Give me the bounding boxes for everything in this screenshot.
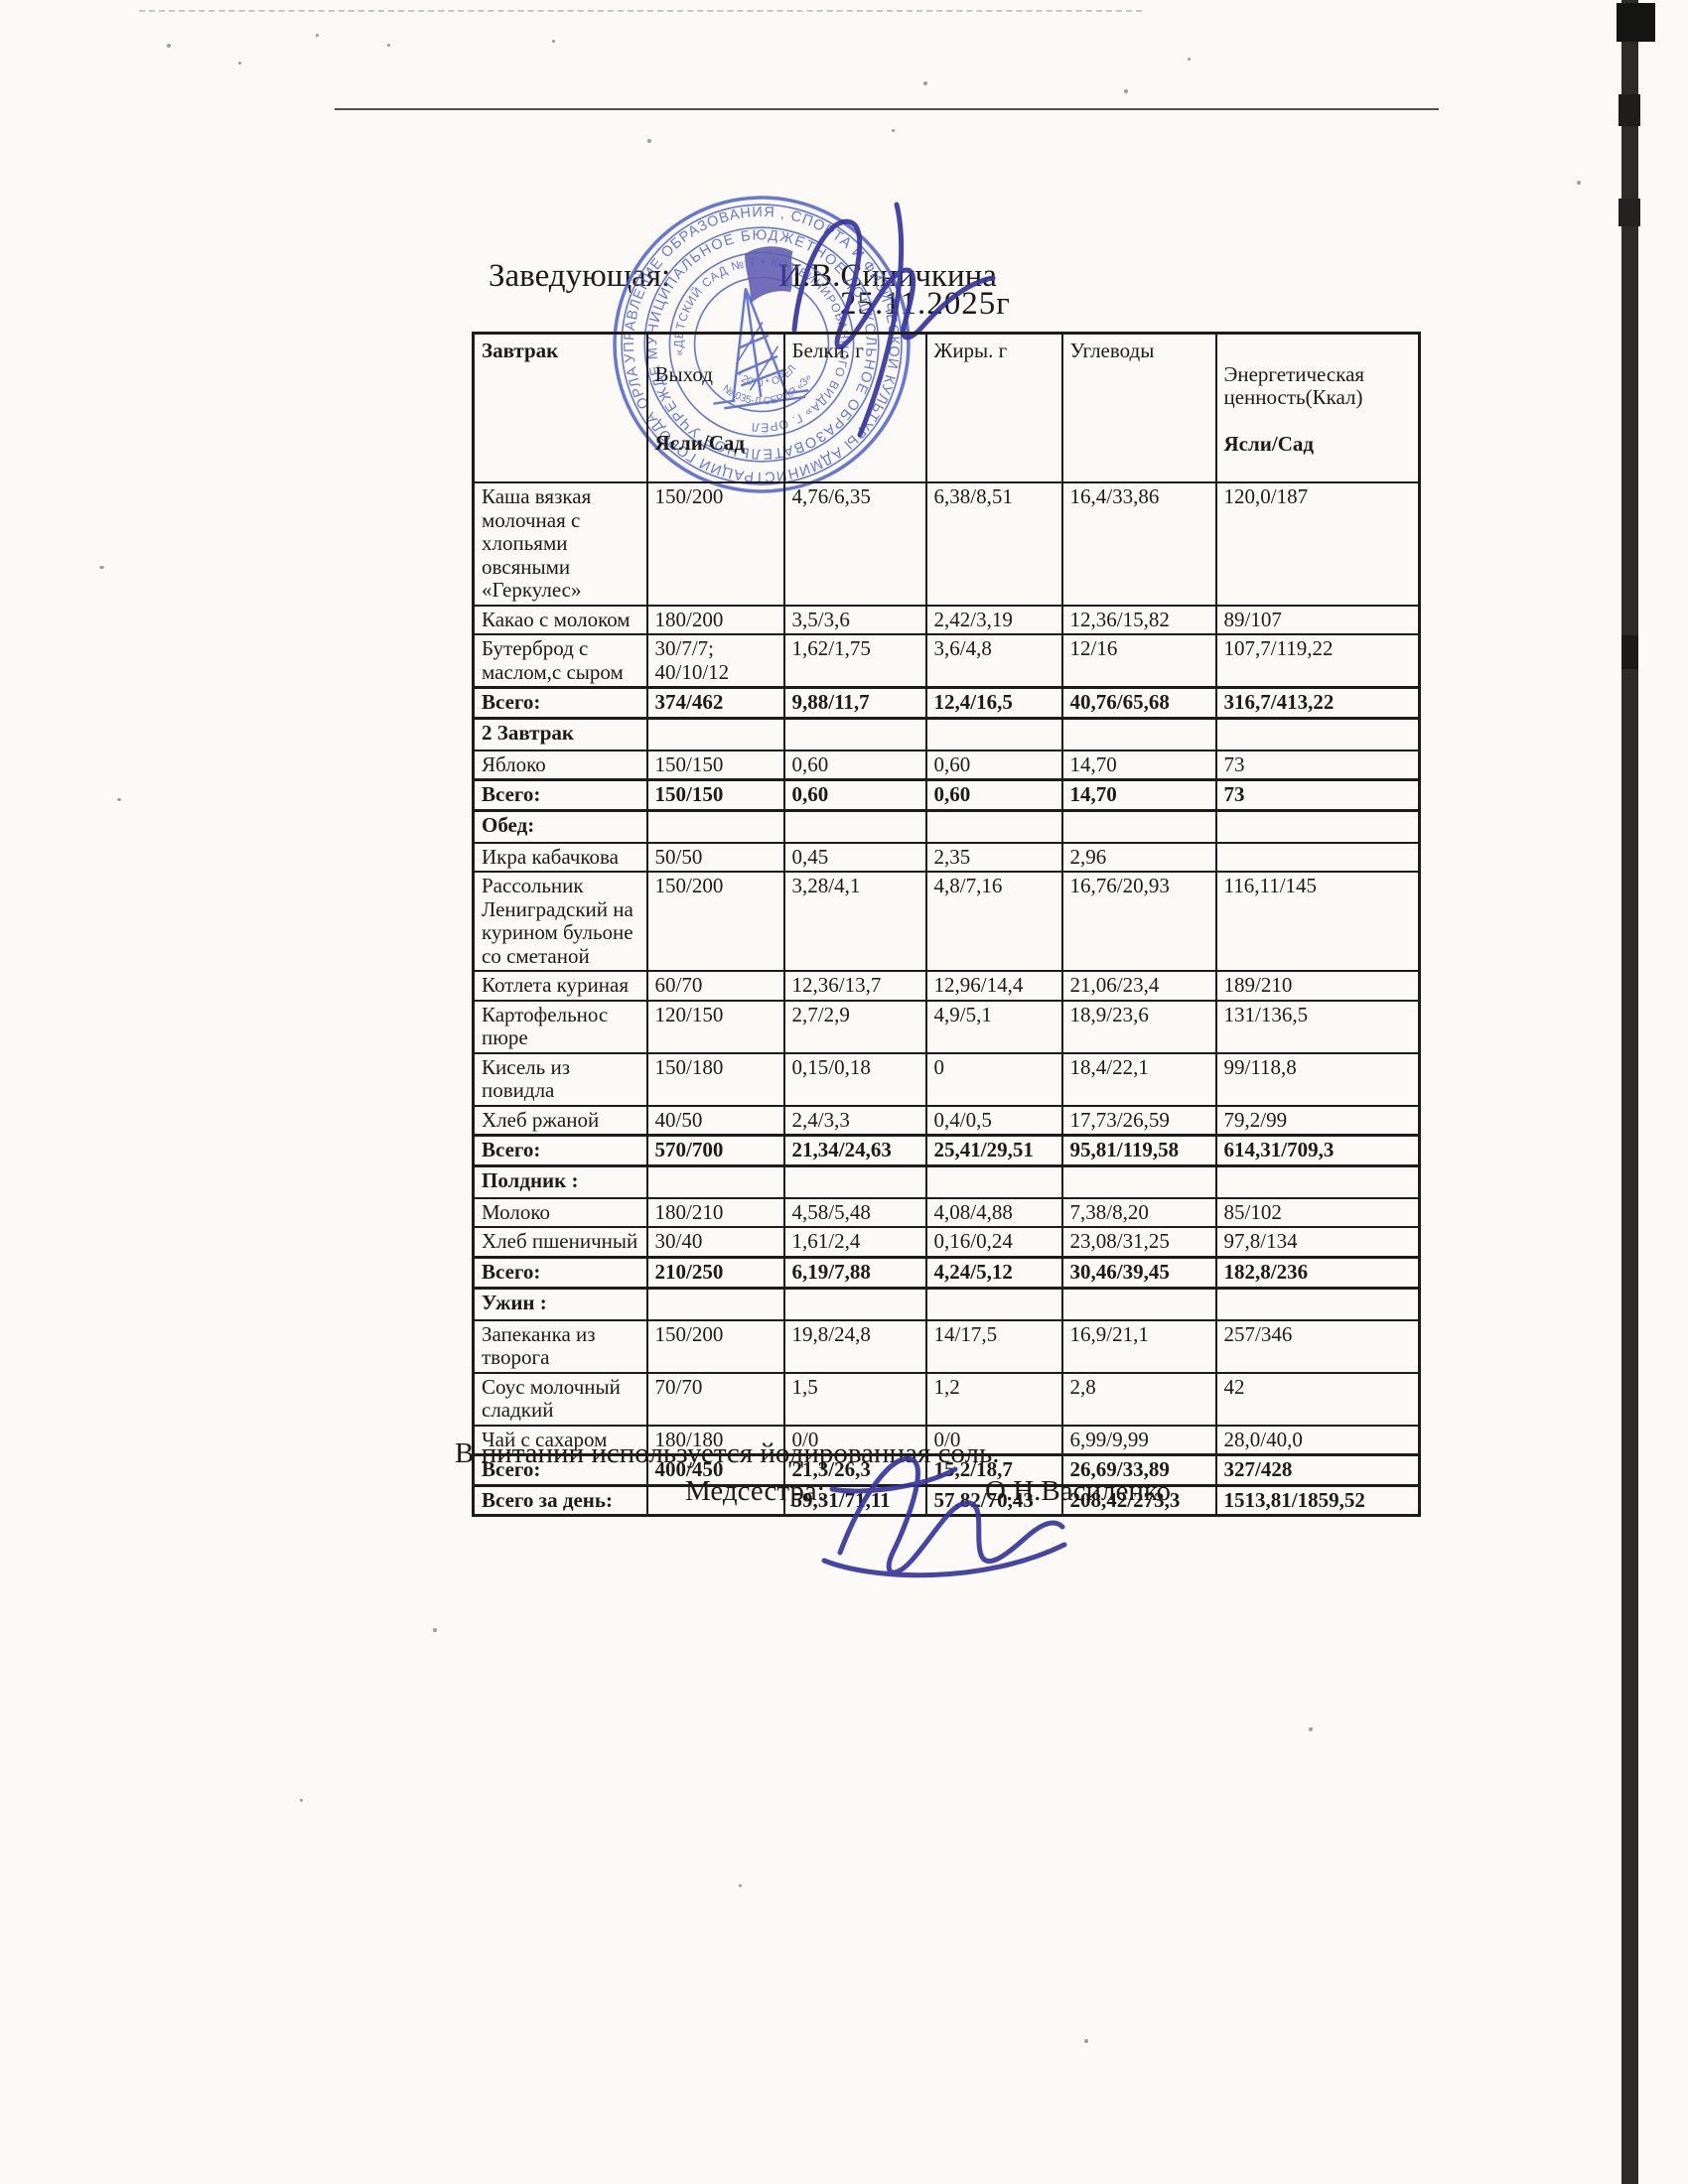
cell-fat: 4,24/5,12	[926, 1257, 1062, 1288]
cell-fat: 0,60	[926, 751, 1062, 780]
nurse-signature	[794, 1434, 1092, 1603]
cell-output: 30/7/7; 40/10/12	[647, 634, 784, 688]
cell-energy: 116,11/145	[1216, 872, 1420, 971]
menu-item-row: Соус молочный сладкий70/701,51,22,842	[474, 1373, 1420, 1426]
menu-item-row: Какао с молоком180/2003,5/3,62,42/3,1912…	[474, 606, 1420, 635]
total-row: Всего:570/70021,34/24,6325,41/29,5195,81…	[474, 1136, 1420, 1166]
cell-name: Обед:	[474, 810, 647, 843]
cell-output	[647, 1288, 784, 1320]
cell-fat: 0,60	[926, 780, 1062, 811]
cell-fat: 1,2	[926, 1373, 1062, 1426]
col-header-energy: Энергетическая ценность(Ккал) Ясли/Сад	[1216, 334, 1420, 483]
cell-protein: 0,60	[784, 780, 926, 811]
cell-protein: 1,5	[784, 1373, 926, 1426]
scanner-edge-mark	[1618, 94, 1640, 126]
cell-output: 150/150	[647, 780, 784, 811]
cell-name: Ужин :	[474, 1288, 647, 1320]
cell-protein	[784, 718, 926, 751]
menu-item-row: Рассольник Лениградский на курином бульо…	[474, 872, 1420, 971]
cell-fat	[926, 810, 1062, 843]
cell-carbs: 16,76/20,93	[1062, 872, 1216, 971]
cell-name: Икра кабачкова	[474, 843, 647, 873]
cell-fat: 25,41/29,51	[926, 1136, 1062, 1166]
cell-protein: 0,60	[784, 751, 926, 780]
cell-carbs: 18,4/22,1	[1062, 1053, 1216, 1106]
cell-name: Котлета куриная	[474, 971, 647, 1001]
cell-protein: 4,58/5,48	[784, 1198, 926, 1228]
cell-output: 50/50	[647, 843, 784, 873]
cell-name: Кисель из повидла	[474, 1053, 647, 1106]
cell-name: Всего:	[474, 1257, 647, 1288]
cell-energy: 107,7/119,22	[1216, 634, 1420, 688]
section-row: Обед:	[474, 810, 1420, 843]
cell-energy: 1513,81/1859,52	[1216, 1485, 1420, 1516]
cell-output	[647, 1165, 784, 1198]
cell-energy: 189/210	[1216, 971, 1420, 1001]
scanner-edge-mark	[1617, 3, 1655, 42]
cell-protein: 1,62/1,75	[784, 634, 926, 688]
scanner-edge-strip	[1621, 0, 1638, 2184]
cell-protein: 3,5/3,6	[784, 606, 926, 635]
cell-carbs: 12,36/15,82	[1062, 606, 1216, 635]
menu-item-row: Яблоко150/1500,600,6014,7073	[474, 751, 1420, 780]
cell-energy: 182,8/236	[1216, 1257, 1420, 1288]
cell-energy	[1216, 1165, 1420, 1198]
cell-output: 374/462	[647, 688, 784, 719]
cell-carbs: 40,76/65,68	[1062, 688, 1216, 719]
cell-carbs: 14,70	[1062, 780, 1216, 811]
cell-energy	[1216, 810, 1420, 843]
cell-name: Какао с молоком	[474, 606, 647, 635]
cell-fat: 14/17,5	[926, 1320, 1062, 1373]
cell-output: 60/70	[647, 971, 784, 1001]
menu-item-row: Бутерброд с маслом,с сыром30/7/7; 40/10/…	[474, 634, 1420, 688]
cell-fat: 0,4/0,5	[926, 1106, 1062, 1136]
cell-fat: 2,35	[926, 843, 1062, 873]
cell-protein: 21,34/24,63	[784, 1136, 926, 1166]
menu-item-row: Запеканка из творога150/20019,8/24,814/1…	[474, 1320, 1420, 1373]
cell-protein: 12,36/13,7	[784, 971, 926, 1001]
cell-energy: 85/102	[1216, 1198, 1420, 1228]
cell-output: 150/200	[647, 482, 784, 606]
menu-table-body: Каша вязкая молочная с хлопьями овсяными…	[474, 482, 1420, 1516]
cell-output: 150/200	[647, 872, 784, 971]
cell-output: 150/180	[647, 1053, 784, 1106]
cell-carbs: 7,38/8,20	[1062, 1198, 1216, 1228]
cell-energy: 99/118,8	[1216, 1053, 1420, 1106]
col-header-output: Выход Ясли/Сад	[647, 334, 784, 483]
cell-carbs	[1062, 1165, 1216, 1198]
col-header-fat: Жиры. г	[926, 334, 1062, 483]
cell-name: Яблоко	[474, 751, 647, 780]
cell-fat: 0,16/0,24	[926, 1227, 1062, 1257]
cell-carbs: 30,46/39,45	[1062, 1257, 1216, 1288]
cell-output: 70/70	[647, 1373, 784, 1426]
cell-protein: 1,61/2,4	[784, 1227, 926, 1257]
menu-item-row: Кисель из повидла150/1800,15/0,18018,4/2…	[474, 1053, 1420, 1106]
cell-name: Хлеб ржаной	[474, 1106, 647, 1136]
menu-item-row: Каша вязкая молочная с хлопьями овсяными…	[474, 482, 1420, 606]
cell-protein	[784, 1165, 926, 1198]
cell-energy: 327/428	[1216, 1455, 1420, 1486]
cell-protein: 2,4/3,3	[784, 1106, 926, 1136]
cell-carbs: 17,73/26,59	[1062, 1106, 1216, 1136]
cell-energy	[1216, 843, 1420, 873]
cell-fat: 4,08/4,88	[926, 1198, 1062, 1228]
cell-carbs: 16,4/33,86	[1062, 482, 1216, 606]
scanned-document-page: { "document": { "approver_role": "Заведу…	[0, 0, 1688, 2184]
cell-carbs	[1062, 810, 1216, 843]
cell-output: 570/700	[647, 1136, 784, 1166]
cell-protein: 4,76/6,35	[784, 482, 926, 606]
paper-top-edge-line	[335, 108, 1439, 110]
cell-name: Рассольник Лениградский на курином бульо…	[474, 872, 647, 971]
cell-output	[647, 810, 784, 843]
menu-item-row: Молоко180/2104,58/5,484,08/4,887,38/8,20…	[474, 1198, 1420, 1228]
scan-top-dashed-line	[139, 10, 1142, 12]
col-header-protein: Белки. г	[784, 334, 926, 483]
cell-output: 180/200	[647, 606, 784, 635]
cell-carbs: 2,96	[1062, 843, 1216, 873]
cell-energy	[1216, 718, 1420, 751]
scanner-edge-mark	[1621, 635, 1638, 669]
cell-protein	[784, 1288, 926, 1320]
cell-carbs	[1062, 718, 1216, 751]
cell-protein: 19,8/24,8	[784, 1320, 926, 1373]
cell-carbs: 2,8	[1062, 1373, 1216, 1426]
cell-fat: 4,9/5,1	[926, 1001, 1062, 1053]
total-row: Всего:374/4629,88/11,712,4/16,540,76/65,…	[474, 688, 1420, 719]
cell-carbs	[1062, 1288, 1216, 1320]
cell-name: Молоко	[474, 1198, 647, 1228]
menu-item-row: Картофельнос пюре120/1502,7/2,94,9/5,118…	[474, 1001, 1420, 1053]
cell-output: 210/250	[647, 1257, 784, 1288]
section-row: 2 Завтрак	[474, 718, 1420, 751]
cell-fat	[926, 718, 1062, 751]
col-header-carbs: Углеводы	[1062, 334, 1216, 483]
cell-energy	[1216, 1288, 1420, 1320]
cell-name: Каша вязкая молочная с хлопьями овсяными…	[474, 482, 647, 606]
cell-name: Картофельнос пюре	[474, 1001, 647, 1053]
cell-output	[647, 718, 784, 751]
cell-protein: 6,19/7,88	[784, 1257, 926, 1288]
cell-name: Соус молочный сладкий	[474, 1373, 647, 1426]
cell-carbs: 16,9/21,1	[1062, 1320, 1216, 1373]
menu-item-row: Икра кабачкова50/500,452,352,96	[474, 843, 1420, 873]
cell-carbs: 23,08/31,25	[1062, 1227, 1216, 1257]
cell-carbs: 14,70	[1062, 751, 1216, 780]
cell-energy: 73	[1216, 751, 1420, 780]
cell-name: Всего за день:	[474, 1485, 647, 1516]
cell-fat	[926, 1165, 1062, 1198]
cell-output: 30/40	[647, 1227, 784, 1257]
cell-carbs: 21,06/23,4	[1062, 971, 1216, 1001]
cell-fat: 3,6/4,8	[926, 634, 1062, 688]
cell-energy: 257/346	[1216, 1320, 1420, 1373]
cell-fat: 2,42/3,19	[926, 606, 1062, 635]
cell-name: Всего:	[474, 1136, 647, 1166]
cell-energy: 97,8/134	[1216, 1227, 1420, 1257]
cell-energy: 614,31/709,3	[1216, 1136, 1420, 1166]
cell-name: Всего:	[474, 780, 647, 811]
cell-output: 40/50	[647, 1106, 784, 1136]
cell-energy: 316,7/413,22	[1216, 688, 1420, 719]
cell-output: 120/150	[647, 1001, 784, 1053]
cell-protein: 0,45	[784, 843, 926, 873]
total-row: Всего:210/2506,19/7,884,24/5,1230,46/39,…	[474, 1257, 1420, 1288]
cell-name: Запеканка из творога	[474, 1320, 647, 1373]
cell-fat: 12,4/16,5	[926, 688, 1062, 719]
cell-protein	[784, 810, 926, 843]
cell-name: Хлеб пшеничный	[474, 1227, 647, 1257]
cell-output: 150/150	[647, 751, 784, 780]
cell-protein: 2,7/2,9	[784, 1001, 926, 1053]
section-row: Полдник :	[474, 1165, 1420, 1198]
cell-name: Полдник :	[474, 1165, 647, 1198]
cell-energy: 28,0/40,0	[1216, 1426, 1420, 1455]
menu-item-row: Хлеб пшеничный30/401,61/2,40,16/0,2423,0…	[474, 1227, 1420, 1257]
cell-fat	[926, 1288, 1062, 1320]
cell-energy: 131/136,5	[1216, 1001, 1420, 1053]
cell-name: 2 Завтрак	[474, 718, 647, 751]
cell-fat: 6,38/8,51	[926, 482, 1062, 606]
cell-energy: 42	[1216, 1373, 1420, 1426]
menu-item-row: Хлеб ржаной40/502,4/3,30,4/0,517,73/26,5…	[474, 1106, 1420, 1136]
cell-carbs: 18,9/23,6	[1062, 1001, 1216, 1053]
cell-output: 180/210	[647, 1198, 784, 1228]
cell-energy: 73	[1216, 780, 1420, 811]
cell-energy: 120,0/187	[1216, 482, 1420, 606]
cell-output: 150/200	[647, 1320, 784, 1373]
cell-protein: 3,28/4,1	[784, 872, 926, 971]
cell-fat: 12,96/14,4	[926, 971, 1062, 1001]
cell-energy: 89/107	[1216, 606, 1420, 635]
total-row: Всего:150/1500,600,6014,7073	[474, 780, 1420, 811]
menu-item-row: Котлета куриная60/7012,36/13,712,96/14,4…	[474, 971, 1420, 1001]
cell-protein: 9,88/11,7	[784, 688, 926, 719]
cell-energy: 79,2/99	[1216, 1106, 1420, 1136]
cell-carbs: 95,81/119,58	[1062, 1136, 1216, 1166]
cell-fat: 4,8/7,16	[926, 872, 1062, 971]
cell-name: Всего:	[474, 688, 647, 719]
cell-protein: 0,15/0,18	[784, 1053, 926, 1106]
scanner-edge-mark	[1618, 199, 1640, 226]
menu-table: Завтрак Выход Ясли/Сад Белки. г Жиры. г …	[472, 332, 1421, 1517]
menu-table-header-row: Завтрак Выход Ясли/Сад Белки. г Жиры. г …	[474, 334, 1420, 483]
section-row: Ужин :	[474, 1288, 1420, 1320]
cell-carbs: 12/16	[1062, 634, 1216, 688]
col-header-meal: Завтрак	[474, 334, 647, 483]
cell-fat: 0	[926, 1053, 1062, 1106]
cell-name: Бутерброд с маслом,с сыром	[474, 634, 647, 688]
